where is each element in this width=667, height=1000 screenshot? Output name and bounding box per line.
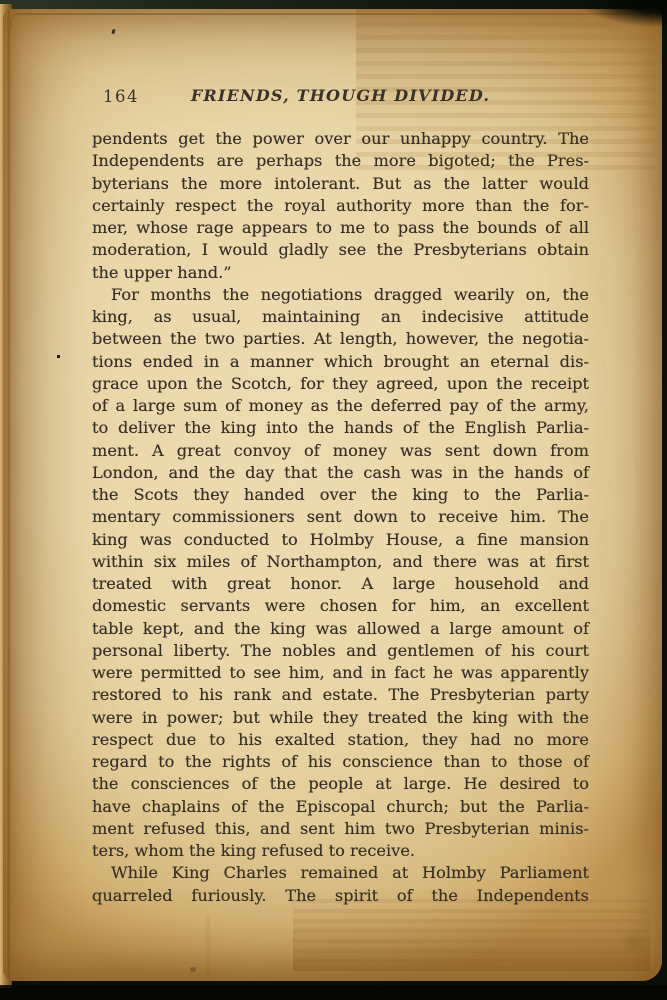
text-line: the consciences of the people at large. … [92, 773, 589, 795]
text-line: For months the negotiations dragged wear… [92, 284, 589, 306]
text-line: domestic servants were chosen for him, a… [92, 595, 589, 617]
text-line: the Scots they handed over the king to t… [92, 484, 589, 506]
text-line: table kept, and the king was allowed a l… [92, 618, 589, 640]
text-line: were permitted to see him, and in fact h… [92, 662, 589, 684]
text-line: grace upon the Scotch, for they agreed, … [92, 373, 589, 395]
text-line: restored to his rank and estate. The Pre… [92, 684, 589, 706]
text-line: regard to the rights of his conscience t… [92, 751, 589, 773]
text-line: ment. A great convoy of money was sent d… [92, 440, 589, 462]
text-line: king was conducted to Holmby House, a fi… [92, 529, 589, 551]
paper-stain [625, 935, 643, 948]
text-line: were in power; but while they treated th… [92, 707, 589, 729]
book-page: 164 FRIENDS, THOUGH DIVIDED. pendents ge… [3, 9, 662, 981]
text-line: quarreled furiously. The spirit of the I… [92, 885, 589, 907]
scanner-background-bottom [0, 985, 667, 1000]
text-line: certainly respect the royal authority mo… [92, 195, 589, 217]
running-title: FRIENDS, THOUGH DIVIDED. [92, 86, 589, 105]
corner-shadow [527, 0, 667, 42]
foxing-spot [111, 29, 115, 35]
text-line: within six miles of Northampton, and the… [92, 551, 589, 573]
foxing-spot [190, 967, 196, 972]
text-line: treated with great honor. A large househ… [92, 573, 589, 595]
text-line: ment refused this, and sent him two Pres… [92, 818, 589, 840]
text-line: Independents are perhaps the more bigote… [92, 150, 589, 172]
page-number: 164 [103, 87, 139, 106]
text-line: king, as usual, maintaining an indecisiv… [92, 306, 589, 328]
paper-crease [207, 915, 209, 981]
text-line: the upper hand.” [92, 262, 589, 284]
text-line: London, and the day that the cash was in… [92, 462, 589, 484]
foxing-spot [57, 355, 60, 358]
text-line: pendents get the power over our unhappy … [92, 128, 589, 150]
page-header: 164 FRIENDS, THOUGH DIVIDED. [92, 86, 589, 110]
text-line: moderation, I would gladly see the Presb… [92, 239, 589, 261]
text-line: mer, whose rage appears to me to pass th… [92, 217, 589, 239]
body-text: pendents get the power over our unhappy … [92, 128, 589, 907]
text-line: of a large sum of money as the deferred … [92, 395, 589, 417]
page-content: 164 FRIENDS, THOUGH DIVIDED. pendents ge… [92, 86, 589, 907]
text-line: to deliver the king into the hands of th… [92, 417, 589, 439]
scan-banding-bottom [293, 899, 650, 971]
text-line: respect due to his exalted station, they… [92, 729, 589, 751]
text-line: personal liberty. The nobles and gentlem… [92, 640, 589, 662]
text-line: byterians the more intolerant. But as th… [92, 173, 589, 195]
text-line: While King Charles remained at Holmby Pa… [92, 862, 589, 884]
text-line: tions ended in a manner which brought an… [92, 351, 589, 373]
text-line: between the two parties. At length, howe… [92, 328, 589, 350]
gutter-shading [3, 9, 21, 981]
book-page-scan: 164 FRIENDS, THOUGH DIVIDED. pendents ge… [0, 0, 667, 1000]
text-line: have chaplains of the Episcopal church; … [92, 796, 589, 818]
text-line: ters, whom the king refused to receive. [92, 840, 589, 862]
text-line: mentary commissioners sent down to recei… [92, 506, 589, 528]
